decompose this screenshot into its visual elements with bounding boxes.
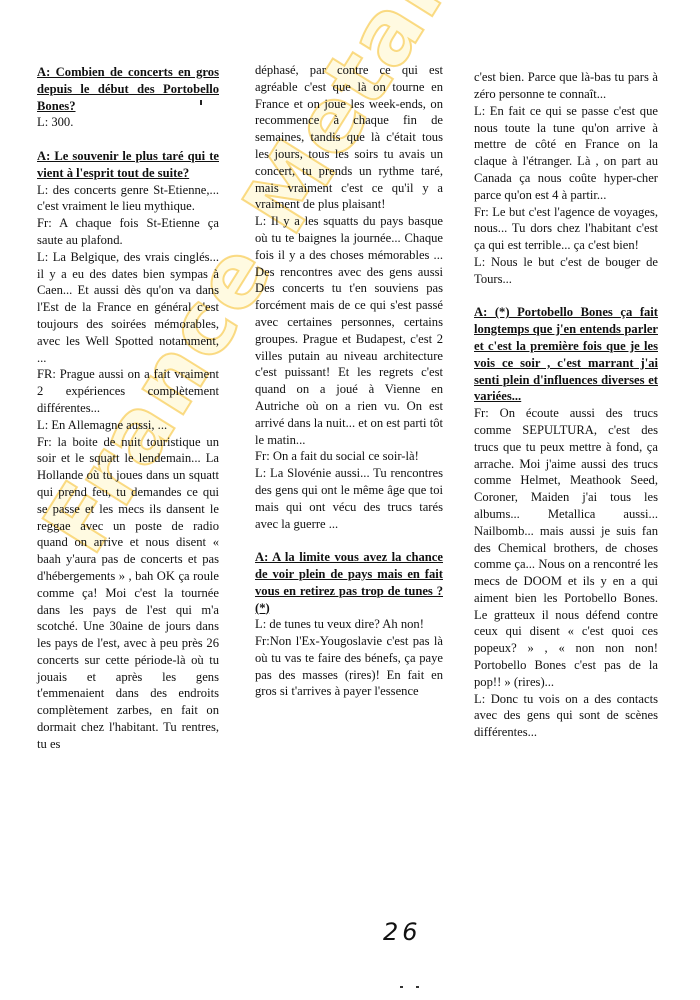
interview-question: A: Combien de concerts en gros depuis le… [37, 64, 219, 114]
interview-question: A: Le souvenir le plus taré qui te vient… [37, 148, 219, 182]
spacer [474, 36, 658, 53]
interview-question: A: (*) Portobello Bones ça fait longtemp… [474, 304, 658, 405]
interview-answer: L: 300. [37, 114, 219, 131]
spacer [474, 19, 658, 36]
interview-answer: L: Nous le but c'est de bouger de Tours.… [474, 254, 658, 288]
interview-answer: Fr: la boite de nuit touristique un soir… [37, 434, 219, 753]
interview-answer: L: La Belgique, des vrais cinglés... il … [37, 249, 219, 367]
interview-answer: L: En fait ce qui se passe c'est que nou… [474, 103, 658, 204]
spacer [474, 52, 658, 69]
interview-answer: L: Donc tu vois on a des contacts avec d… [474, 691, 658, 741]
interview-answer: Fr: On écoute aussi des trucs comme SEPU… [474, 405, 658, 691]
spacer [255, 532, 443, 549]
spacer [474, 288, 658, 305]
column-left: A: Combien de concerts en gros depuis le… [37, 64, 219, 753]
interview-question: A: A la limite vous avez la chance de vo… [255, 549, 443, 616]
fanzine-page: France Metal Museum A: Combien de concer… [0, 0, 700, 1000]
dot [416, 986, 419, 988]
column-middle: déphasé, par contre ce qui est agréable … [255, 62, 443, 700]
interview-answer: L: des concerts genre St-Etienne,... c'e… [37, 182, 219, 216]
spacer [474, 2, 658, 19]
interview-answer: c'est bien. Parce que là-bas tu pars à z… [474, 69, 658, 103]
page-number: 26 [383, 918, 422, 946]
interview-answer: Fr: On a fait du social ce soir-là! [255, 448, 443, 465]
interview-answer: L: En Allemagne aussi, ... [37, 417, 219, 434]
interview-answer: L: de tunes tu veux dire? Ah non! [255, 616, 443, 633]
interview-answer: déphasé, par contre ce qui est agréable … [255, 62, 443, 213]
interview-answer: Fr: A chaque fois St-Etienne ça saute au… [37, 215, 219, 249]
interview-answer: L: Il y a les squatts du pays basque où … [255, 213, 443, 448]
scan-dots [400, 986, 420, 988]
scan-mark [200, 100, 202, 105]
interview-answer: FR: Prague aussi on a fait vraiment 2 ex… [37, 366, 219, 416]
interview-answer: Fr: Le but c'est l'agence de voyages, no… [474, 204, 658, 254]
spacer [37, 131, 219, 148]
column-right: c'est bien. Parce que là-bas tu pars à z… [474, 2, 658, 741]
dot [400, 986, 403, 988]
interview-answer: Fr:Non l'Ex-Yougoslavie c'est pas là où … [255, 633, 443, 700]
interview-answer: L: La Slovénie aussi... Tu rencontres de… [255, 465, 443, 532]
